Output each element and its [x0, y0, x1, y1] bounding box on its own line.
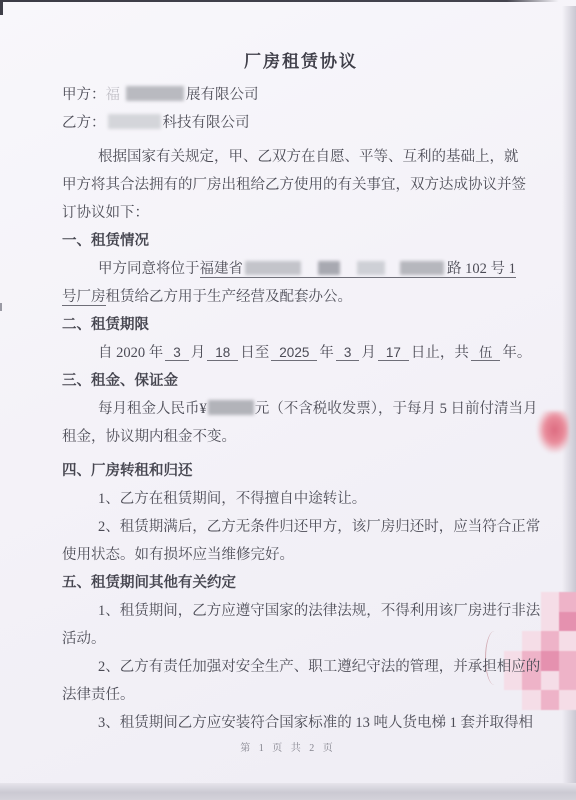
- address-underlined: 福建省路 102 号 1: [200, 261, 516, 278]
- party-a-name-visible: 展有限公司: [186, 87, 259, 103]
- party-b-line: 乙方：科技有限公司: [62, 109, 540, 137]
- page-number-footer: 第 1 页 共 2 页: [0, 739, 576, 754]
- redaction-blur: [208, 400, 254, 415]
- red-seal-stamp: [537, 411, 569, 453]
- s4-item-1: 1、乙方在租赁期间，不得擅自中途转让。: [62, 485, 540, 513]
- party-b-label: 乙方：: [62, 115, 106, 131]
- redaction-blur: [108, 114, 161, 129]
- scan-edge-speck: [0, 303, 2, 311]
- end-day: 17: [378, 345, 409, 361]
- start-month: 3: [165, 345, 189, 361]
- scan-left-notch: [0, 2, 3, 15]
- section-3-heading: 三、租金、保证金: [62, 367, 540, 395]
- s5-item-3: 3、租赁期间乙方应安装符合国家标准的 13 吨人货电梯 1 套并取得相: [62, 709, 540, 737]
- start-day: 18: [207, 345, 238, 361]
- section-4-heading: 四、厂房转租和归还: [62, 457, 540, 485]
- address-pre: 甲方同意将位于: [98, 261, 200, 277]
- party-a-faint-char: 福: [106, 87, 121, 103]
- rent-pre: 每月租金人民币¥: [98, 401, 207, 417]
- redaction-blur: [318, 261, 340, 275]
- s5-item-1-line-2: 活动。: [62, 625, 540, 653]
- redaction-blur: [126, 86, 184, 101]
- party-a-line: 甲方：福展有限公司: [62, 81, 540, 109]
- address-usage: 租赁给乙方用于生产经营及配套办公。: [106, 289, 353, 305]
- s4-item-2-line-2: 使用状态。如有损坏应当维修完好。: [62, 541, 540, 569]
- intro-line-1: 根据国家有关规定，甲、乙双方在自愿、平等、互利的基础上，就: [62, 143, 540, 171]
- lease-term-line: 自 2020 年3月18日至2025年3月17日止，共伍年。: [62, 339, 540, 367]
- end-month: 3: [336, 345, 360, 361]
- rent-line-1: 每月租金人民币¥元（不含税收发票），于每月 5 日前付清当月: [62, 395, 540, 423]
- term-years: 伍: [471, 345, 501, 361]
- s5-item-2-line-1: 2、乙方有责任加强对安全生产、职工遵纪守法的管理，并承担相应的: [62, 653, 540, 681]
- rent-post: 元（不含税收发票），于每月 5 日前付清当月: [255, 401, 538, 417]
- date-text: 年。: [502, 345, 531, 361]
- date-text: 日至: [240, 345, 269, 361]
- date-text: 年: [319, 345, 334, 361]
- party-b-name-visible: 科技有限公司: [163, 115, 250, 131]
- date-text: 月: [361, 345, 376, 361]
- intro-line-3: 订协议如下：: [62, 199, 540, 227]
- section-1-heading: 一、租赁情况: [62, 227, 540, 255]
- redaction-blur: [400, 261, 444, 275]
- s4-item-2-line-1: 2、租赁期满后，乙方无条件归还甲方，该厂房归还时，应当符合正常: [62, 513, 540, 541]
- address-building: 号厂房: [62, 289, 106, 306]
- date-text: 日止，共: [411, 345, 469, 361]
- section-5-heading: 五、租赁期间其他有关约定: [62, 569, 540, 597]
- scan-top-edge: [0, 0, 576, 2]
- rent-line-2: 租金，协议期内租金不变。: [62, 423, 540, 451]
- s5-item-2-line-2: 法律责任。: [62, 681, 540, 709]
- scanned-contract-page: 厂房租赁协议 甲方：福展有限公司 乙方：科技有限公司 根据国家有关规定，甲、乙双…: [0, 0, 576, 800]
- end-year: 2025: [271, 345, 317, 361]
- document-title: 厂房租赁协议: [62, 48, 540, 76]
- address-line-1: 甲方同意将位于福建省路 102 号 1: [62, 255, 540, 283]
- address-street-number: 路 102 号 1: [447, 261, 516, 277]
- scan-bottom-shadow: [0, 783, 576, 800]
- address-province: 福建省: [200, 261, 244, 277]
- s5-item-1-line-1: 1、租赁期间，乙方应遵守国家的法律法规，不得利用该厂房进行非法: [62, 597, 540, 625]
- date-text: 月: [191, 345, 206, 361]
- redaction-blur: [357, 261, 385, 275]
- party-a-label: 甲方：: [62, 87, 106, 103]
- redaction-blur: [245, 261, 301, 275]
- date-text: 自 2020 年: [98, 345, 163, 361]
- intro-line-2: 甲方将其合法拥有的厂房出租给乙方使用的有关事宜，双方达成协议并签: [62, 171, 540, 199]
- contract-body: 厂房租赁协议 甲方：福展有限公司 乙方：科技有限公司 根据国家有关规定，甲、乙双…: [62, 48, 540, 737]
- section-2-heading: 二、租赁期限: [62, 311, 540, 339]
- address-line-2: 号厂房租赁给乙方用于生产经营及配套办公。: [62, 283, 540, 311]
